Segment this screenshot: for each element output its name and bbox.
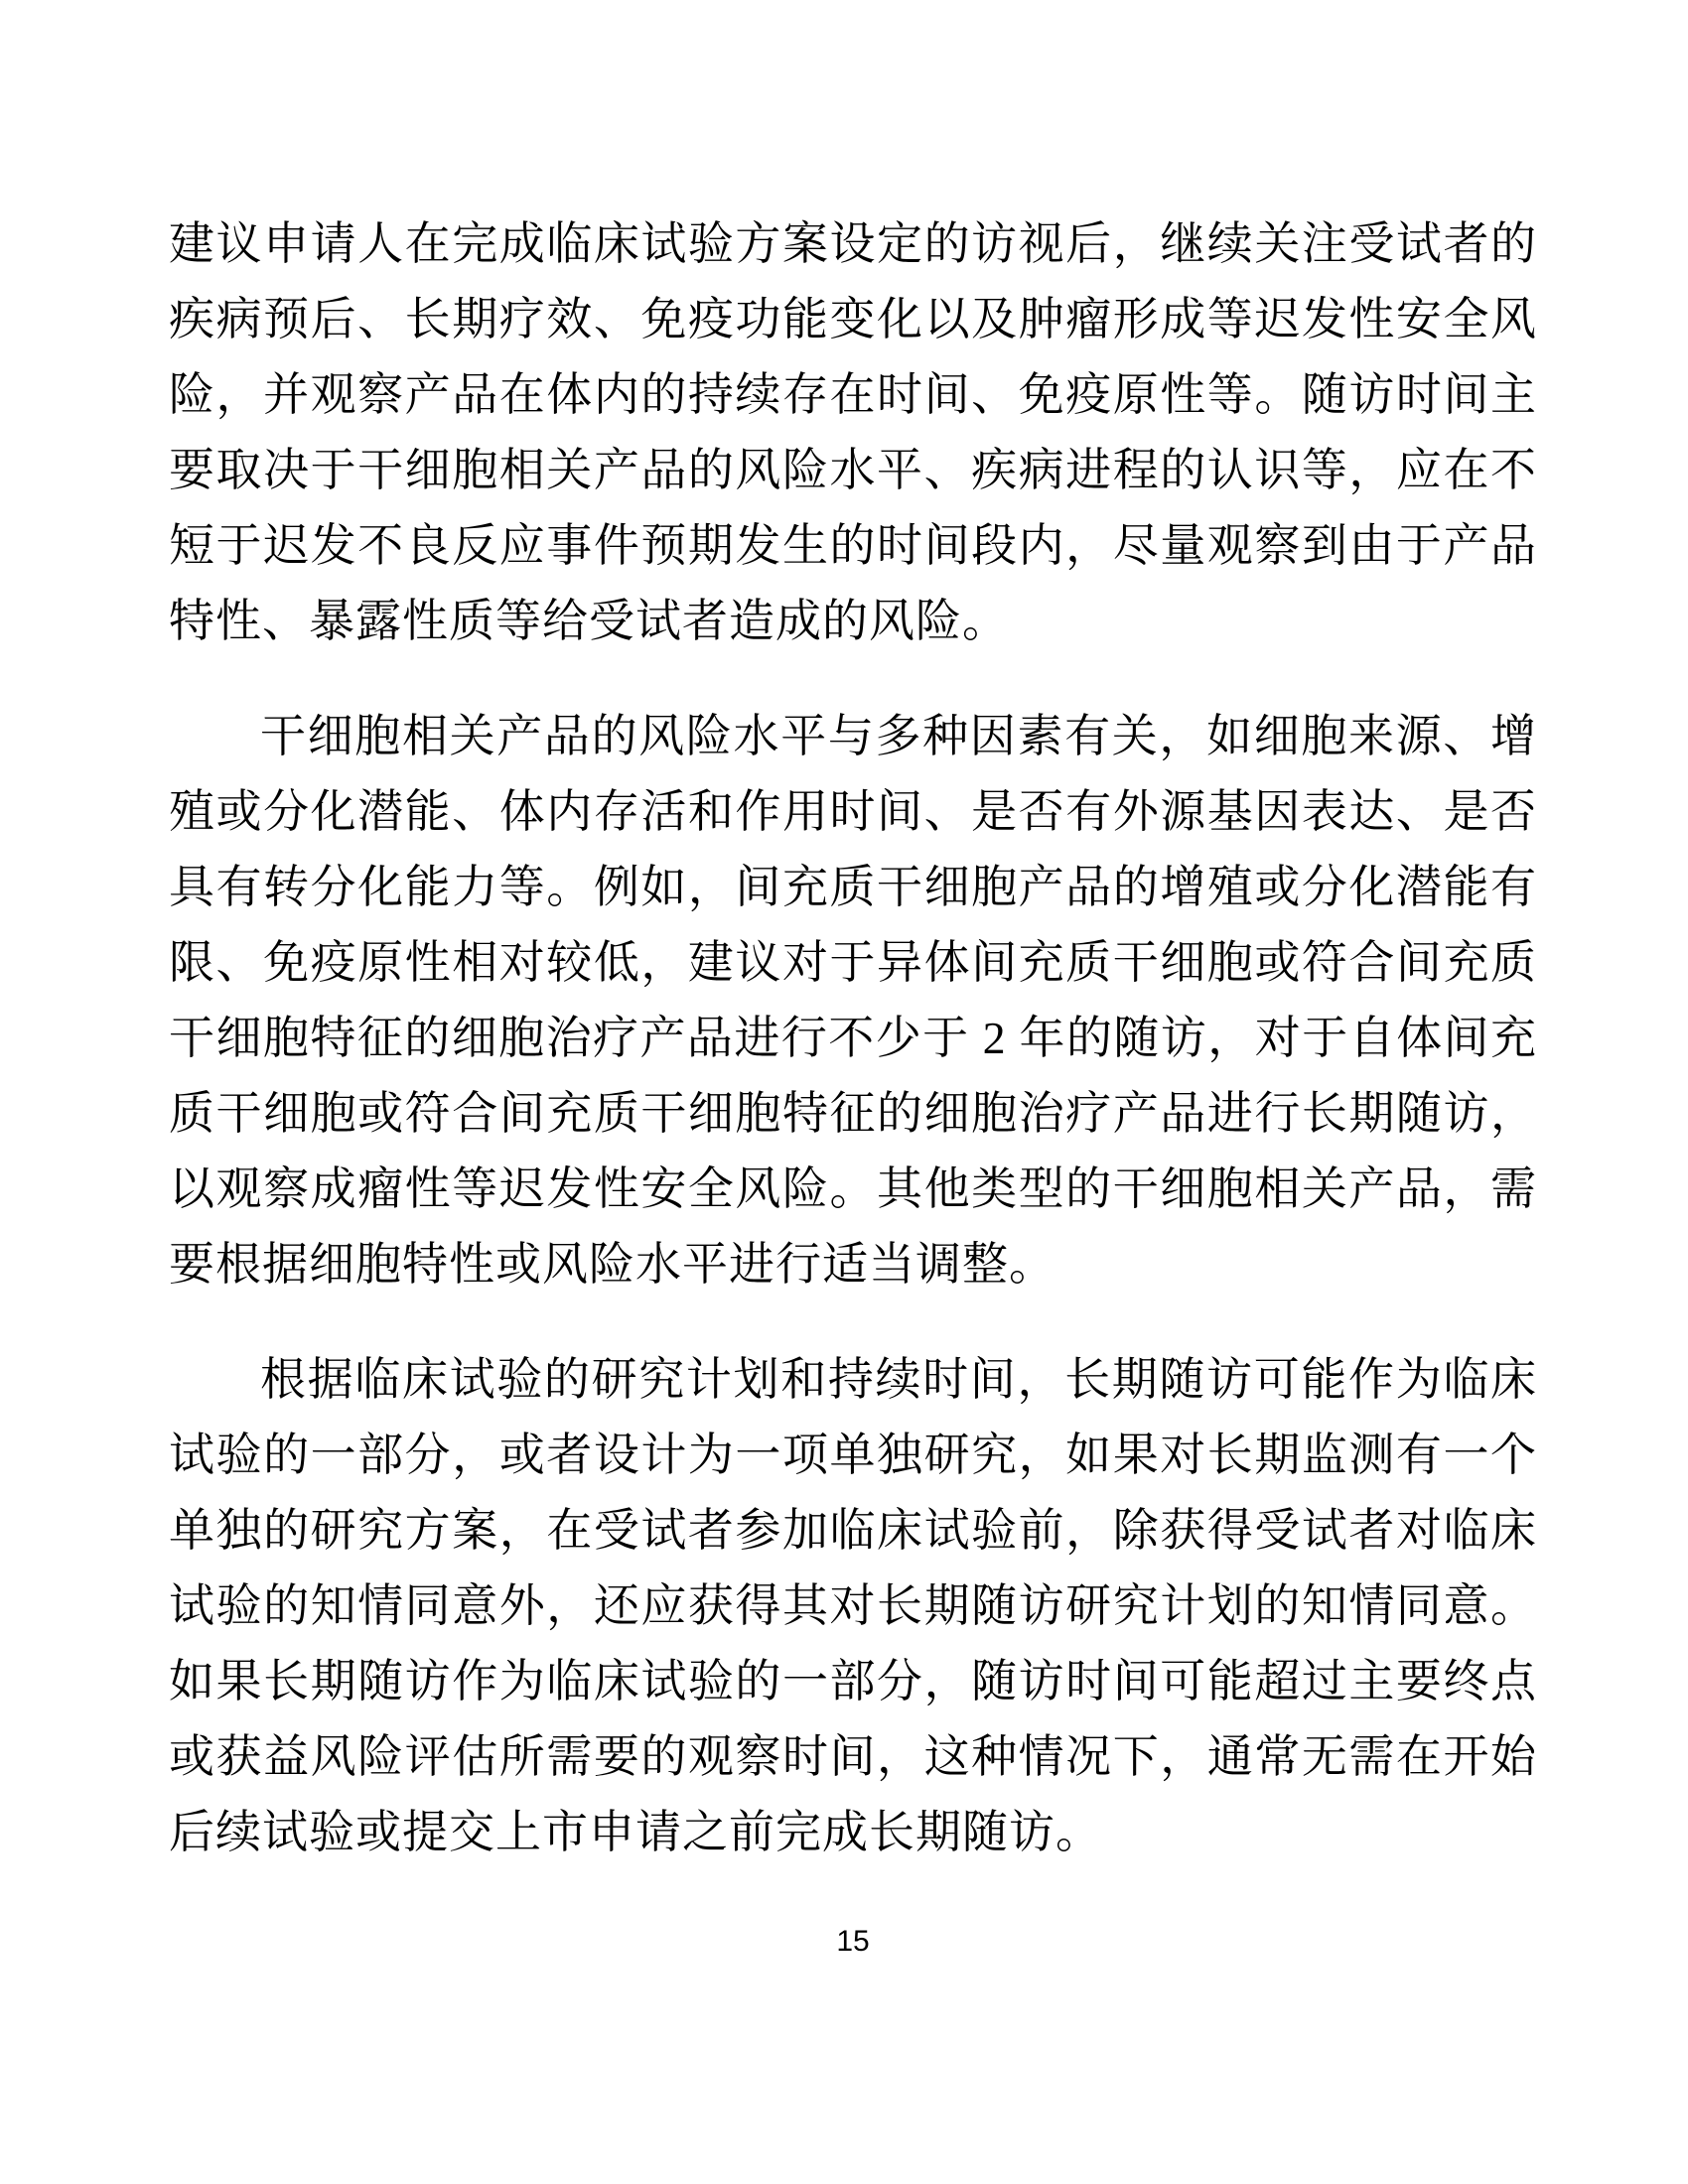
page-footer: 15 — [169, 1924, 1537, 1960]
page-number: 15 — [836, 1925, 869, 1958]
document-body: 建议申请人在完成临床试验方案设定的访视后，继续关注受试者的疾病预后、长期疗效、免… — [169, 206, 1537, 1870]
paragraph-1: 建议申请人在完成临床试验方案设定的访视后，继续关注受试者的疾病预后、长期疗效、免… — [169, 206, 1537, 659]
document-page: 建议申请人在完成临床试验方案设定的访视后，继续关注受试者的疾病预后、长期疗效、免… — [0, 0, 1688, 2184]
paragraph-2: 干细胞相关产品的风险水平与多种因素有关，如细胞来源、增殖或分化潜能、体内存活和作… — [169, 699, 1537, 1302]
paragraph-3: 根据临床试验的研究计划和持续时间，长期随访可能作为临床试验的一部分，或者设计为一… — [169, 1342, 1537, 1870]
